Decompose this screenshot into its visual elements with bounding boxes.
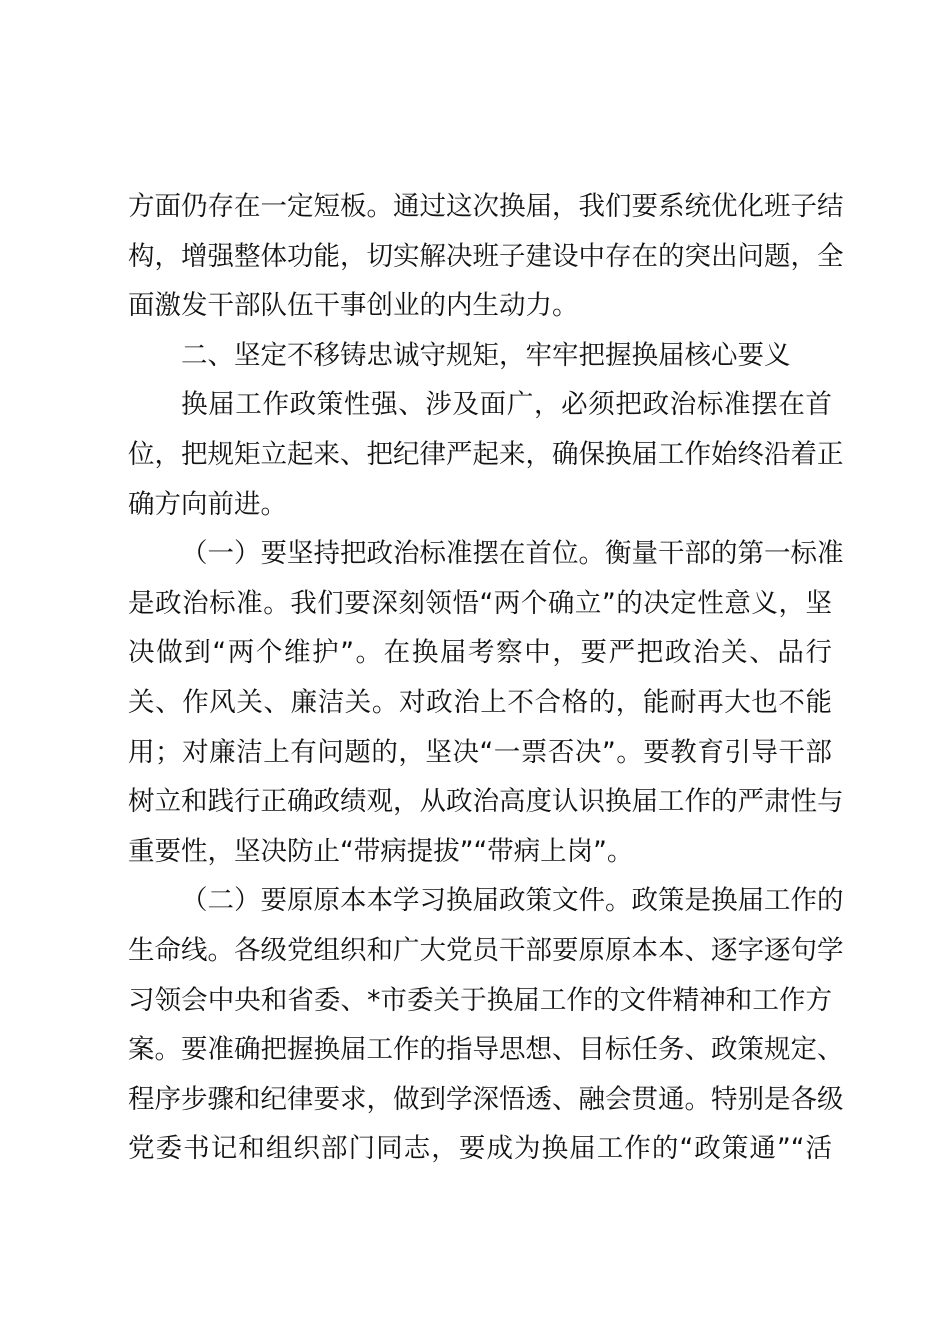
section-heading: 二、坚定不移铸忠诚守规矩，牢牢把握换届核心要义 bbox=[128, 331, 832, 381]
text-line: 案。要准确把握换届工作的指导思想、目标任务、政策规定、 bbox=[128, 1025, 832, 1075]
text-line: 关、作风关、廉洁关。对政治上不合格的，能耐再大也不能 bbox=[128, 678, 832, 728]
text-line: 是政治标准。我们要深刻领悟“两个确立”的决定性意义，坚 bbox=[128, 579, 832, 629]
document-page: 方面仍存在一定短板。通过这次换届，我们要系统优化班子结 构，增强整体功能，切实解… bbox=[128, 182, 832, 1174]
text-line: 构，增强整体功能，切实解决班子建设中存在的突出问题，全 bbox=[128, 232, 832, 282]
paragraph: （二）要原原本本学习换届政策文件。政策是换届工作的 生命线。各级党组织和广大党员… bbox=[128, 876, 832, 1174]
text-line: 程序步骤和纪律要求，做到学深悟透、融会贯通。特别是各级 bbox=[128, 1075, 832, 1125]
text-line: 换届工作政策性强、涉及面广，必须把政治标准摆在首 bbox=[128, 380, 832, 430]
text-line: 重要性，坚决防止“带病提拔”“带病上岗”。 bbox=[128, 827, 832, 877]
paragraph: （一）要坚持把政治标准摆在首位。衡量干部的第一标准 是政治标准。我们要深刻领悟“… bbox=[128, 529, 832, 876]
text-line: 决做到“两个维护”。在换届考察中，要严把政治关、品行 bbox=[128, 628, 832, 678]
text-line: 生命线。各级党组织和广大党员干部要原原本本、逐字逐句学 bbox=[128, 926, 832, 976]
paragraph: 方面仍存在一定短板。通过这次换届，我们要系统优化班子结 构，增强整体功能，切实解… bbox=[128, 182, 832, 331]
text-line: 党委书记和组织部门同志，要成为换届工作的“政策通”“活 bbox=[128, 1124, 832, 1174]
text-line: 位，把规矩立起来、把纪律严起来，确保换届工作始终沿着正 bbox=[128, 430, 832, 480]
text-line: （一）要坚持把政治标准摆在首位。衡量干部的第一标准 bbox=[128, 529, 832, 579]
text-line: （二）要原原本本学习换届政策文件。政策是换届工作的 bbox=[128, 876, 832, 926]
text-line: 面激发干部队伍干事创业的内生动力。 bbox=[128, 281, 832, 331]
heading-text: 二、坚定不移铸忠诚守规矩，牢牢把握换届核心要义 bbox=[128, 331, 832, 381]
text-line: 用；对廉洁上有问题的，坚决“一票否决”。要教育引导干部 bbox=[128, 728, 832, 778]
text-line: 确方向前进。 bbox=[128, 480, 832, 530]
text-line: 树立和践行正确政绩观，从政治高度认识换届工作的严肃性与 bbox=[128, 777, 832, 827]
text-line: 习领会中央和省委、*市委关于换届工作的文件精神和工作方 bbox=[128, 976, 832, 1026]
paragraph: 换届工作政策性强、涉及面广，必须把政治标准摆在首 位，把规矩立起来、把纪律严起来… bbox=[128, 380, 832, 529]
text-line: 方面仍存在一定短板。通过这次换届，我们要系统优化班子结 bbox=[128, 182, 832, 232]
